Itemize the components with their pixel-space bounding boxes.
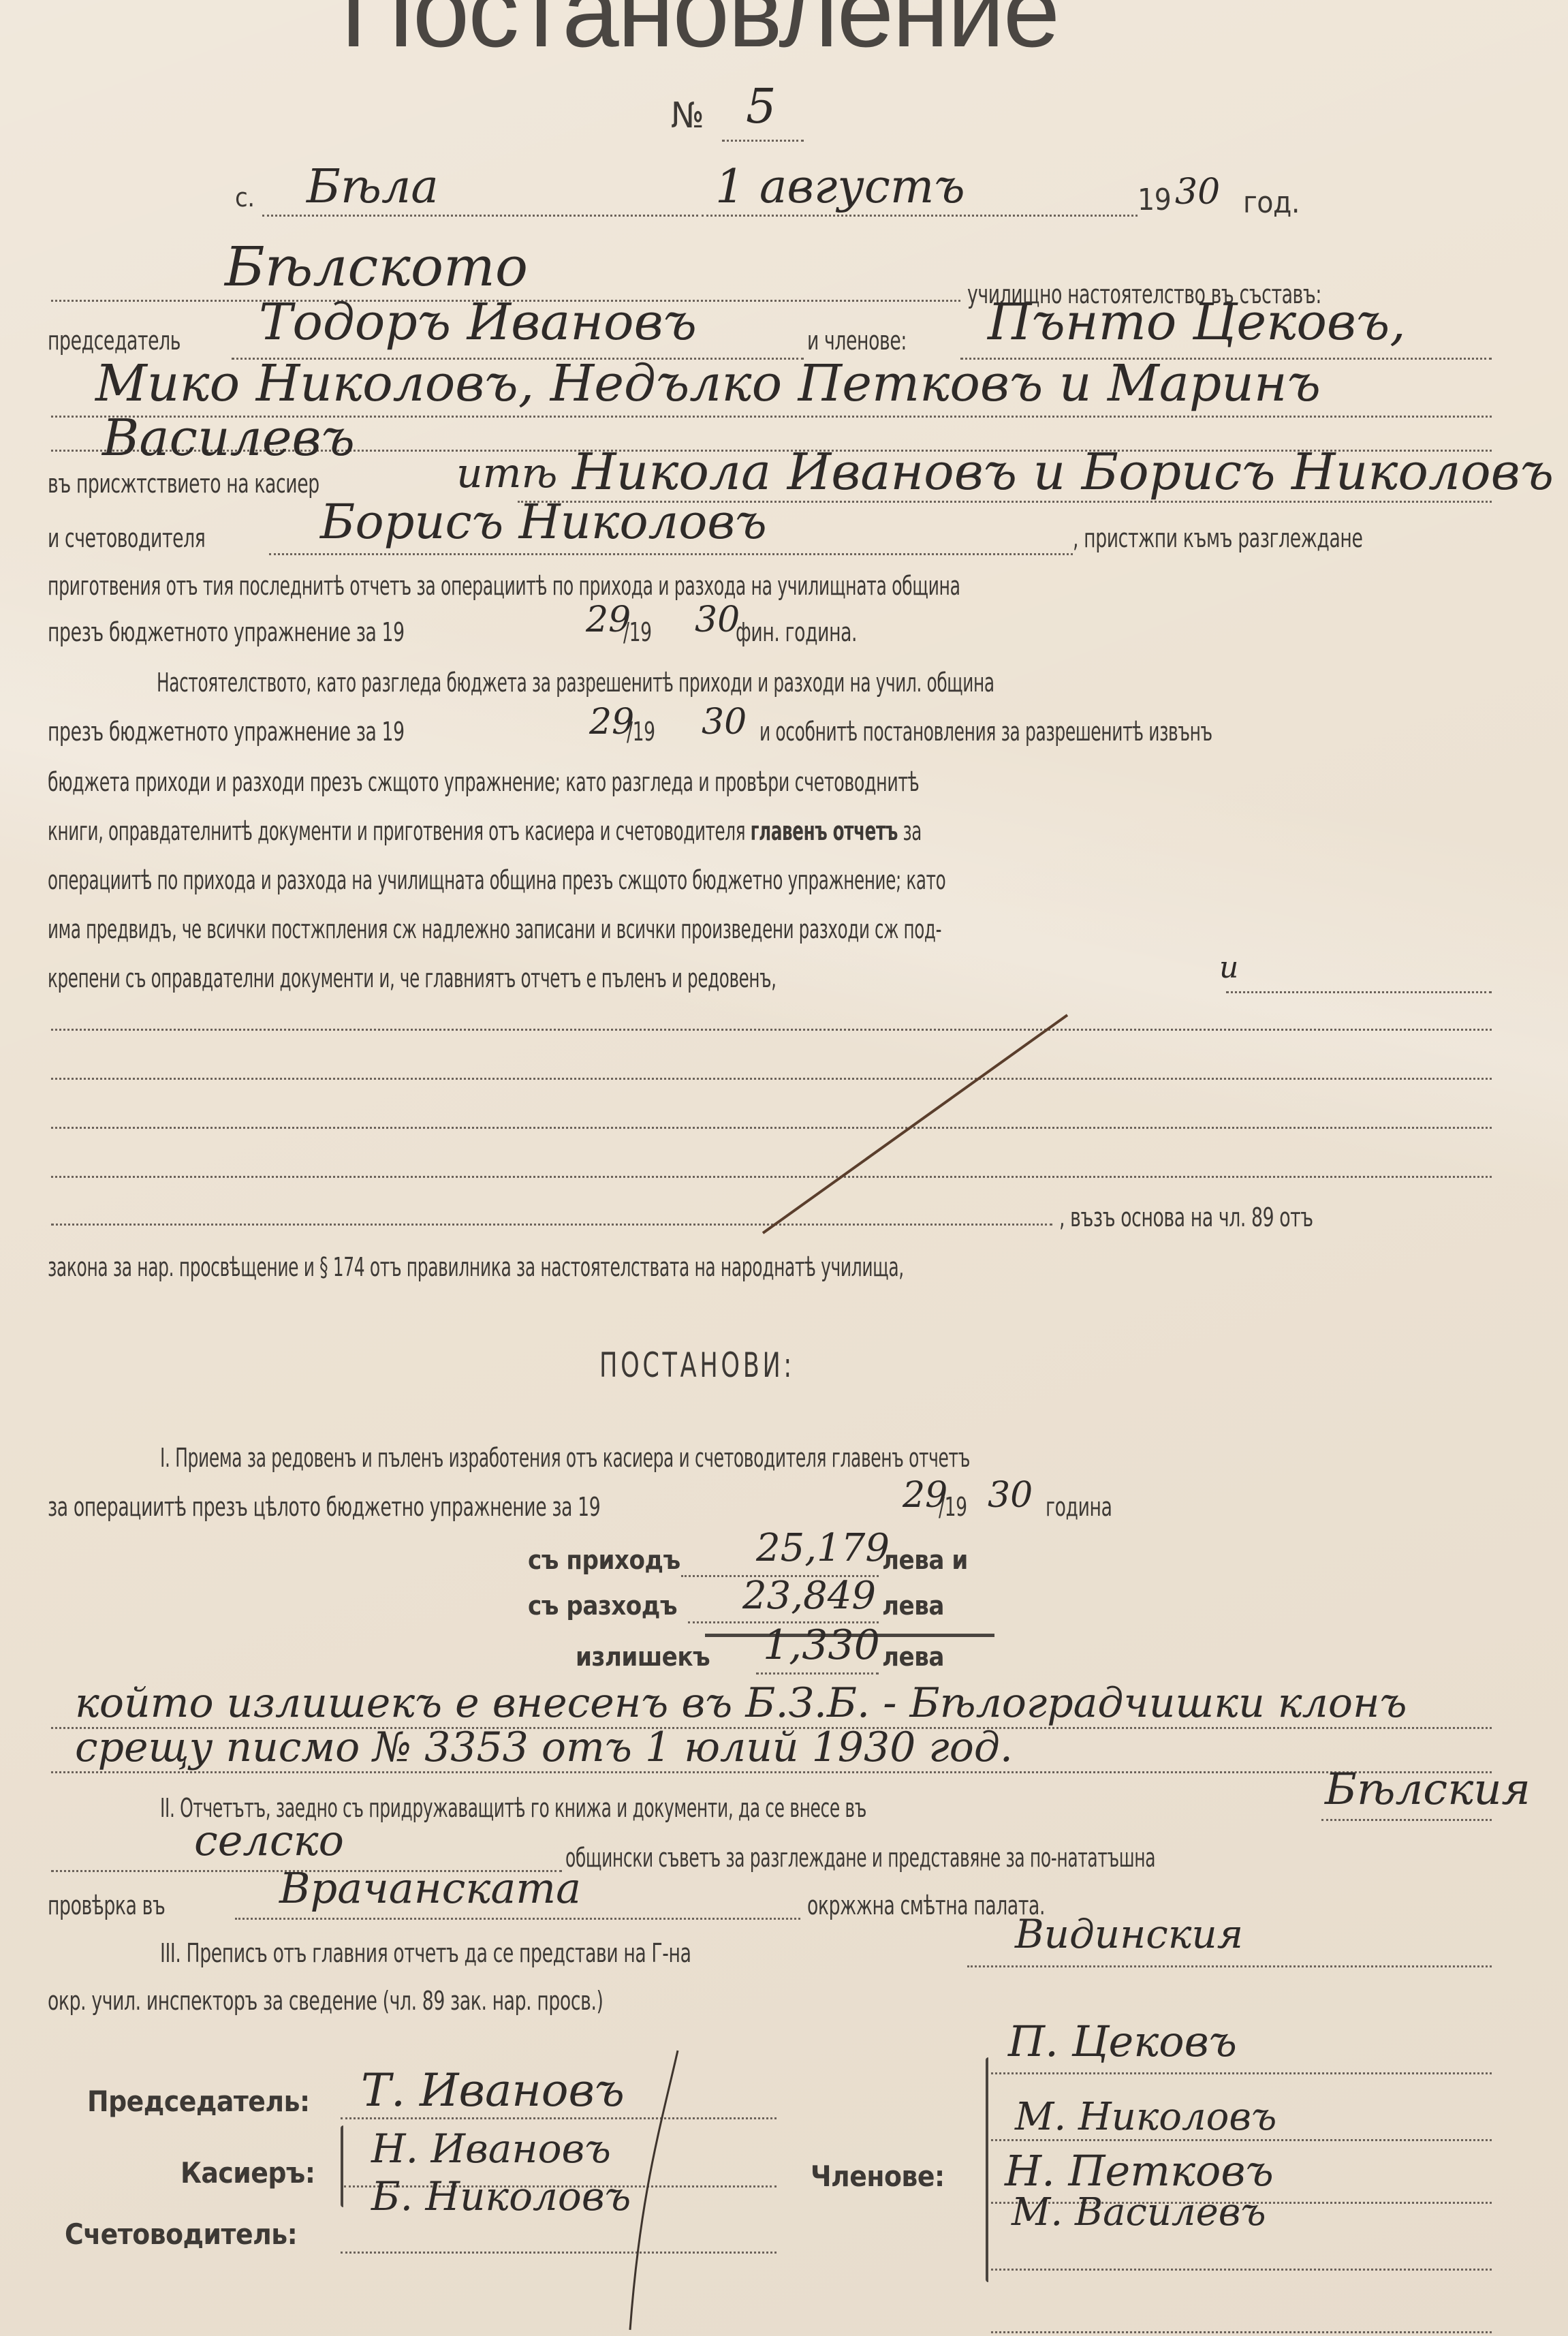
- p1-fy-end: 30: [702, 702, 747, 743]
- sig-chairman-line: [341, 2117, 777, 2119]
- chairman-label: председатель: [48, 326, 181, 356]
- sig-chairman: Т. Ивановъ: [361, 2064, 625, 2117]
- sig-member-1: П. Цековъ: [1008, 2016, 1237, 2066]
- expense-label: съ разходъ: [528, 1591, 677, 1621]
- sig-cashier-2: Б. Николовъ: [371, 2173, 631, 2220]
- council-value: Бѣлското: [225, 235, 528, 298]
- item3-line1: III. Преписъ отъ главния отчетъ да се пр…: [160, 1938, 691, 1968]
- note-line-2: [51, 1771, 1492, 1773]
- date-value: 1 августъ: [715, 160, 965, 214]
- income-label: съ приходъ: [528, 1545, 680, 1575]
- p1-line2-post: и особнитѣ постановления за разрешенитѣ …: [759, 717, 1212, 747]
- item2-line2: общински съветъ за разглеждане и предста…: [565, 1843, 1155, 1873]
- members-value-2: Мико Николовъ, Недълко Петковъ и Маринъ: [95, 354, 1321, 413]
- sig-member-line-2: [991, 2139, 1492, 2141]
- chairman-value: Тодоръ Ивановъ: [259, 293, 697, 352]
- p1-line6: има предвидъ, че всички постжпления сж н…: [48, 914, 941, 944]
- resolution-heading: ПОСТАНОВИ:: [599, 1345, 795, 1385]
- members-value-1: Пънто Цековъ,: [988, 293, 1406, 352]
- sig-member-4: М. Василевъ: [1012, 2190, 1266, 2234]
- cashier-brace: [341, 2125, 343, 2207]
- accountant-line: [269, 553, 1073, 555]
- p1-line5: операциитѣ по прихода и разхода на учили…: [48, 865, 945, 895]
- p1-line4-pre: книги, оправдателнитѣ документи и пригот…: [48, 816, 745, 846]
- place-line: [262, 215, 698, 217]
- item2-value-b: селско: [194, 1816, 344, 1865]
- line-prepared: приготвения отъ тия последнитѣ отчетъ за…: [48, 571, 960, 601]
- item2-value-c: Врачанската: [279, 1863, 581, 1913]
- item2-line1-dots: [1321, 1819, 1492, 1821]
- item1-fy-end: 30: [988, 1475, 1033, 1516]
- members-value-3: Василевъ: [102, 409, 355, 467]
- surplus-label: излишекъ: [576, 1642, 710, 1672]
- item2-line3-pre: провѣрка въ: [48, 1890, 165, 1920]
- p1-law: закона за нар. просвѣщение и § 174 отъ п…: [48, 1252, 904, 1282]
- sig-chairman-label: Председатель:: [87, 2085, 310, 2118]
- accountant-tail: , пристжпи къмъ разглеждане: [1073, 523, 1363, 553]
- sig-member-line-4: [991, 2269, 1492, 2271]
- year-written: 30: [1175, 172, 1220, 213]
- signature-flourish-line: [599, 2044, 702, 2336]
- date-line: [702, 215, 1138, 217]
- number-value: 5: [746, 78, 777, 134]
- p1-line4-bold: главенъ отчетъ: [751, 816, 898, 846]
- surplus-line: [756, 1672, 879, 1675]
- surplus-unit: лева: [882, 1642, 944, 1672]
- item2-line3-post: окржжна смѣтна палата.: [807, 1890, 1045, 1920]
- p1-line4-post: за: [903, 816, 921, 846]
- p1-line7-dots: [1226, 991, 1492, 993]
- income-unit: лева и: [882, 1545, 968, 1575]
- place-value: Бѣла: [307, 160, 439, 214]
- item3-value: Видинския: [1015, 1911, 1243, 1957]
- sig-cashier-1: Н. Ивановъ: [371, 2125, 611, 2172]
- item3-line2: окр. учил. инспекторъ за сведение (чл. 8…: [48, 1986, 603, 2016]
- document-title: Постановление: [341, 0, 1059, 70]
- line-budget-pre: презъ бюджетното упражнение за 19: [48, 617, 405, 647]
- number-label: №: [671, 95, 704, 136]
- year-suffix: год.: [1243, 185, 1300, 220]
- note-line-2-text: срещу писмо № 3353 отъ 1 юлий 1930 год.: [75, 1724, 1013, 1771]
- p1-line2-pre: презъ бюджетното упражнение за 19: [48, 717, 405, 747]
- sig-accountant-label: Счетоводитель:: [65, 2217, 297, 2251]
- item2-line3-dots: [235, 1918, 800, 1920]
- sig-member-line-1: [991, 2072, 1492, 2074]
- fy-mid: /19: [623, 617, 652, 647]
- item1-line1: I. Приема за редовенъ и пъленъ изработен…: [160, 1443, 970, 1473]
- cashiers-suffix: итѣ: [456, 450, 557, 497]
- surplus-value: 1,330: [763, 1621, 880, 1669]
- p1-line7-hand: и: [1219, 950, 1238, 985]
- cashiers-value: Никола Ивановъ и Борисъ Николовъ: [572, 443, 1554, 501]
- expense-unit: лева: [882, 1591, 944, 1621]
- accountant-value: Борисъ Николовъ: [320, 494, 767, 550]
- sig-cashier-label: Касиеръ:: [181, 2156, 315, 2190]
- year-printed: 19: [1138, 183, 1171, 217]
- item2-value-a: Бѣлския: [1325, 1764, 1531, 1815]
- item1-fy-mid: /19: [939, 1492, 967, 1522]
- p1-line3: бюджета приходи и разходи презъ сжщото у…: [48, 767, 919, 797]
- number-field-line: [722, 140, 804, 142]
- p1-basis: , възъ основа на чл. 89 отъ: [1059, 1202, 1313, 1232]
- members-brace: [986, 2057, 988, 2282]
- p1-fy-mid: /19: [627, 717, 655, 747]
- fy-end: 30: [695, 599, 740, 640]
- accountant-label: и счетоводителя: [48, 523, 205, 553]
- item1-line2-pre: за операциитѣ презъ цѣлото бюджетно упра…: [48, 1492, 600, 1522]
- note-line-1-text: който излишекъ е внесенъ въ Б.З.Б. - Бѣл…: [75, 1679, 1407, 1727]
- line-budget-post: фин. година.: [736, 617, 857, 647]
- place-prefix: с.: [235, 183, 255, 213]
- item3-line1-dots: [967, 1965, 1492, 1967]
- expense-value: 23,849: [742, 1574, 876, 1618]
- income-value: 25,179: [756, 1526, 890, 1570]
- p1-line7: крепени съ оправдателни документи и, че …: [48, 963, 777, 993]
- sig-member-line-5: [991, 2331, 1492, 2333]
- cashiers-label: въ присжтствието на касиер: [48, 469, 319, 499]
- p1-line1: Настоятелството, като разгледа бюджета з…: [157, 668, 994, 698]
- item1-line2-post: година: [1046, 1492, 1112, 1522]
- sig-member-2: М. Николовъ: [1015, 2095, 1276, 2139]
- sig-accountant-line: [341, 2252, 777, 2254]
- strike-through-line: [749, 1008, 1090, 1240]
- sig-members-label: Членове:: [811, 2160, 945, 2193]
- sig-member-3: Н. Петковъ: [1005, 2146, 1274, 2196]
- members-label: и членове:: [807, 326, 907, 356]
